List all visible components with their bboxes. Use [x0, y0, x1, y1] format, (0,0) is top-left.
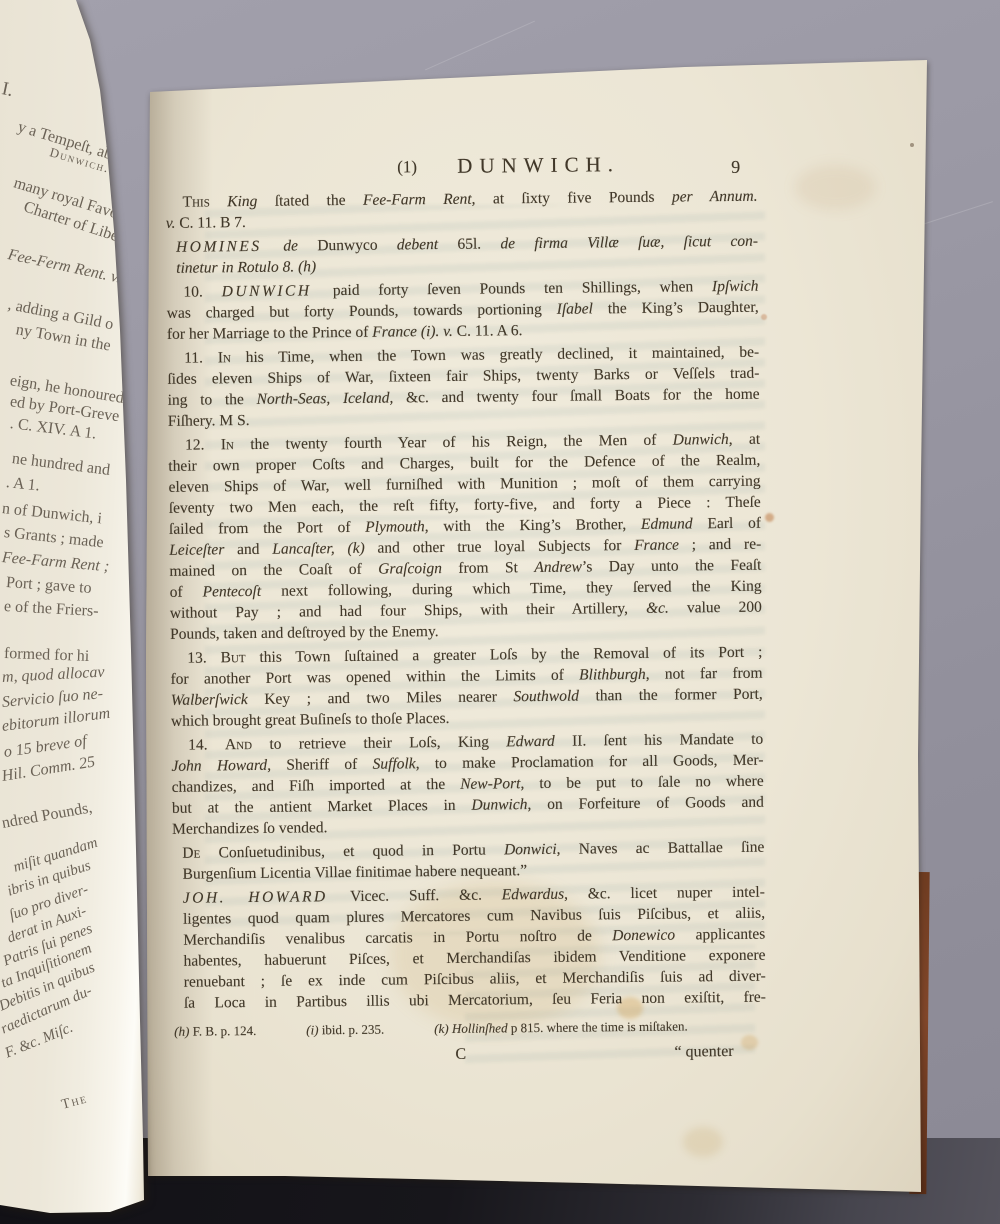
text-segment: Merchandizes ſo vended. — [172, 819, 328, 838]
text-segment: In — [218, 349, 231, 366]
paragraph: 10. DUNWICH paid forty ſeven Pounds ten … — [166, 276, 759, 345]
left-page-fragment: I. — [0, 78, 15, 102]
text-segment: for her Marriage to the Prince of — [167, 324, 372, 343]
text-segment: Walberſwick — [171, 691, 248, 709]
text-segment: C. 11. A 6. — [453, 322, 523, 340]
text-segment: to retrieve their Loſs, King — [252, 733, 506, 753]
text-segment: and other true loyal Subjects for — [365, 537, 635, 557]
text-segment: mained on the Coaſt of — [169, 561, 378, 580]
paragraph: 13. But this Town ſuſtained a greater Lo… — [170, 642, 763, 732]
text-segment: New-Port — [460, 775, 520, 793]
text-segment: Dunwich — [471, 796, 527, 814]
text-segment: Suffolk — [373, 755, 416, 772]
text-segment: In — [221, 436, 234, 453]
text-segment: per Annum. — [672, 188, 758, 206]
text-segment: Donwici — [504, 841, 557, 859]
text-segment: paid forty ſeven Pounds ten Shillings, w… — [333, 278, 712, 299]
paragraph: “De Conſuetudinibus, et quod in Portu Do… — [172, 837, 764, 885]
text-segment: than the former Port, — [579, 686, 763, 705]
text-segment: Leiceſter — [169, 541, 224, 559]
text-segment: Fee-Farm Rent — [363, 191, 472, 209]
text-segment: ing to the — [168, 391, 257, 409]
text-segment: of — [170, 583, 203, 600]
text-segment: ſa Loca in Partibus illis ubi Mercatoriu… — [184, 989, 766, 1012]
text-segment: DUNWICH — [222, 282, 333, 300]
left-page-fragment: s Grants ; made — [3, 524, 104, 552]
text-segment: de firma Villæ ſuæ, ſicut con- — [500, 233, 758, 253]
text-segment: ſailed from the Port of — [169, 519, 365, 538]
text-segment: “ — [173, 930, 183, 951]
text-segment: chandizes, and Fiſh imported at the — [172, 776, 461, 796]
text-segment: Pentecoſt — [203, 583, 262, 601]
book-page-right: (1) DUNWICH. 9 This King ſtated the Fee-… — [135, 55, 940, 1205]
text-segment: Lancaſter, (k) — [272, 540, 365, 558]
text-segment: HOMINES — [176, 238, 283, 256]
text-segment: 10. — [183, 283, 221, 300]
text-segment: v. — [443, 323, 453, 340]
left-page-fragment: ndred Pounds, — [0, 799, 93, 833]
stain — [910, 143, 914, 147]
text-segment: France (i). — [372, 323, 439, 341]
text-segment: , &c. licet nuper intel- — [564, 884, 765, 903]
text-segment: Iſabel — [557, 300, 593, 317]
text-segment: Dunwich — [673, 431, 729, 449]
text-segment: the twenty fourth Year of his Reign, the… — [234, 432, 673, 454]
text-segment: and — [224, 541, 272, 559]
text-segment: Graſcoign — [378, 560, 442, 578]
text-segment: , not far from — [646, 665, 763, 683]
paragraph: 14. And to retrieve their Loſs, King Edw… — [171, 729, 764, 840]
text-segment: (i) — [306, 1022, 318, 1037]
text-segment: without Pay ; and had four Ships, with t… — [170, 600, 646, 622]
left-page-fragment: Fee-Farm Rent ; — [1, 549, 110, 576]
text-segment: 65l. — [457, 235, 500, 252]
curl-text-layer: I.y a Tempeſt, abouDunwich.many royal Fa… — [0, 0, 160, 1224]
text-segment: , with the King’s Brother, — [425, 516, 641, 535]
text-segment: John Howard — [171, 757, 267, 775]
footnote-item: (k) Hollinſhed p 815. where the time is … — [434, 1018, 688, 1037]
stain — [795, 165, 875, 210]
paragraph: “JOH. HOWARD Vicec. Suff. &c. Edwardus, … — [173, 882, 766, 1014]
signature-row: C “ quenter — [174, 1043, 766, 1071]
paper-surface: (1) DUNWICH. 9 This King ſtated the Fee-… — [135, 55, 940, 1205]
text-segment: “ — [166, 237, 176, 258]
body-text: This King ſtated the Fee-Farm Rent, at ſ… — [165, 186, 766, 1014]
text-segment: debent — [397, 236, 458, 254]
text-segment: , on Forfeiture of Goods and — [527, 794, 764, 813]
left-page-fragment: Port ; gave to — [5, 574, 92, 598]
text-segment: Andrew — [534, 559, 582, 576]
paragraph: “HOMINES de Dunwyco debent 65l. de firma… — [166, 231, 758, 279]
text-segment: , Sheriff of — [267, 756, 373, 774]
text-segment: “ — [172, 843, 182, 864]
text-segment: (k) Hollinſhed — [434, 1020, 507, 1036]
text-segment: , at ſixty five Pounds — [472, 189, 672, 208]
paragraph: This King ſtated the Fee-Farm Rent, at ſ… — [165, 186, 757, 234]
text-segment: Blithburgh — [579, 666, 646, 684]
page-title: DUNWICH. — [457, 152, 620, 179]
text-segment: ; and re- — [679, 536, 761, 554]
page-number: 9 — [731, 157, 740, 178]
text-segment: North-Seas, Iceland, — [257, 389, 394, 407]
left-page-fragment: n of Dunwich, i — [1, 500, 103, 528]
left-page-fragment: The — [60, 1091, 90, 1113]
text-segment: ſtated the — [275, 192, 363, 210]
left-page-fragment: e of the Friers- — [4, 598, 99, 621]
text-segment: Vicec. Suff. &c. — [350, 886, 502, 905]
text-segment: Plymouth — [365, 518, 425, 536]
text-segment: And — [225, 736, 252, 753]
left-page-fragment: . A 1. — [5, 474, 40, 495]
text-segment: “ — [173, 909, 183, 930]
text-segment: for another Port was opened within the L… — [170, 667, 579, 688]
text-segment: But — [220, 649, 245, 666]
text-segment: which brought great Buſineſs to thoſe Pl… — [171, 710, 450, 730]
text-segment: Earl of — [693, 515, 762, 533]
text-segment: King — [227, 193, 275, 210]
text-segment: Southwold — [513, 688, 579, 706]
text-segment: Donewico — [612, 927, 675, 945]
text-segment: “ — [172, 864, 182, 885]
book-page-left-curl: I.y a Tempeſt, abouDunwich.many royal Fa… — [0, 0, 160, 1224]
text-segment: was charged but forty Pounds, towards po… — [167, 301, 557, 322]
text-segment: , to make Proclamation for all Goods, Me… — [416, 752, 764, 773]
text-segment: Pounds, taken and deſtroyed by the Enemy… — [170, 623, 439, 643]
page-content: (1) DUNWICH. 9 This King ſtated the Fee-… — [164, 55, 768, 1211]
text-segment: “ — [174, 993, 184, 1014]
text-segment: applicantes — [675, 926, 765, 944]
catchword: “ quenter — [674, 1043, 733, 1062]
text-segment: “ — [173, 951, 183, 972]
text-segment: C. 11. B 7. — [175, 214, 246, 232]
text-segment: Key ; and two Miles nearer — [248, 688, 514, 708]
text-segment: ibid. p. 235. — [318, 1022, 384, 1038]
text-segment: Edwardus — [502, 886, 564, 904]
text-segment: “ — [174, 972, 184, 993]
left-page-fragment: Fee-Ferm Rent. v. — [6, 246, 122, 288]
photo-scene: (1) DUNWICH. 9 This King ſtated the Fee-… — [0, 0, 1000, 1224]
text-segment: &c. and twenty four ſmall Boats for the … — [393, 386, 759, 407]
text-segment: Edward — [506, 733, 555, 751]
text-segment: II. ſent his Mandate to — [555, 731, 764, 750]
footnote-item: (i) ibid. p. 235. — [306, 1022, 384, 1039]
text-segment: but at the antient Market Places in — [172, 797, 472, 817]
text-segment: 12. — [185, 436, 221, 453]
text-segment: Burgenſium Licentia Villae finitimae hab… — [183, 862, 528, 883]
text-segment: from St — [442, 559, 535, 577]
text-segment: Dunwyco — [317, 236, 397, 254]
stain — [765, 513, 774, 522]
page-header: (1) DUNWICH. 9 — [165, 151, 757, 187]
text-segment: tinetur in Rotulo 8. (h) — [176, 258, 316, 276]
footnotes: (h) F. B. p. 124.(i) ibid. p. 235.(k) Ho… — [174, 1018, 766, 1044]
paragraph: 11. In his Time, when the Town was great… — [167, 342, 760, 432]
text-segment: 11. — [184, 349, 218, 366]
text-segment: , at — [729, 431, 761, 448]
text-segment: p 815. where the time is miſtaken. — [507, 1018, 687, 1035]
text-segment: v. — [166, 215, 176, 232]
text-segment: , Naves ac Battallae ſine — [557, 839, 765, 858]
text-segment: 14. — [188, 736, 225, 753]
text-segment: value 200 — [669, 599, 762, 617]
left-page-fragment: formed for hi — [4, 645, 90, 666]
text-segment: ’s Day unto the Feaſt — [582, 557, 762, 576]
text-segment: &c. — [646, 600, 669, 617]
text-segment: De — [182, 845, 200, 862]
text-segment: F. B. p. 124. — [189, 1023, 256, 1039]
signature-mark: C — [455, 1046, 466, 1064]
text-segment: This — [182, 193, 227, 210]
text-segment: the King’s Daughter, — [593, 299, 759, 318]
text-segment: de — [283, 237, 317, 254]
text-segment: (h) — [174, 1024, 189, 1039]
text-segment: , to be put to ſale no where — [520, 773, 763, 793]
text-segment: Ipſwich — [712, 278, 759, 295]
text-segment: “ — [166, 258, 176, 279]
text-segment: Merchandiſis venalibus carcatis in Portu… — [183, 927, 612, 948]
footnote-item: (h) F. B. p. 124. — [174, 1023, 256, 1040]
stain — [761, 314, 767, 320]
text-segment: Edmund — [641, 515, 693, 533]
text-segment: “ — [173, 888, 183, 909]
section-mark: (1) — [397, 157, 417, 177]
text-segment: 13. — [187, 649, 220, 666]
text-segment: Fiſhery. M S. — [168, 412, 250, 430]
paragraph: 12. In the twenty fourth Year of his Rei… — [168, 429, 762, 645]
left-page-fragment: m, quod allocav — [2, 664, 105, 687]
text-segment: JOH. HOWARD — [183, 888, 350, 907]
text-segment: Conſuetudinibus, et quod in Portu — [200, 841, 504, 861]
text-segment: France — [634, 537, 679, 554]
